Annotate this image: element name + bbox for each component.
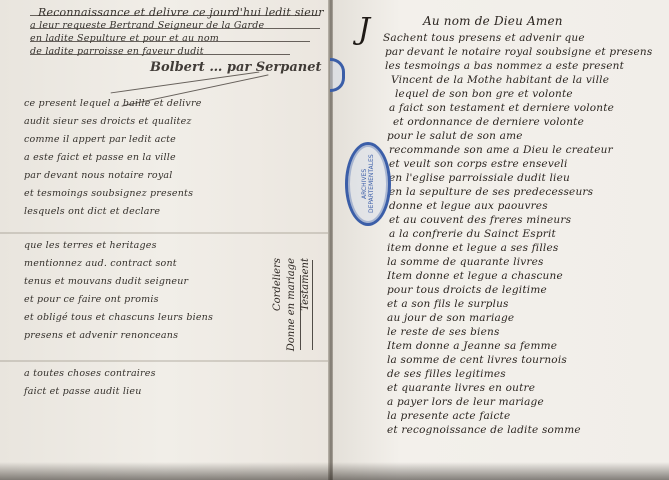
text-line: Vincent de la Mothe habitant de la ville [391, 74, 609, 86]
margin-rule [312, 260, 313, 350]
margin-note: Testament [300, 258, 311, 311]
text-line: la somme de quarante livres [387, 256, 544, 268]
margin-note: Donne en mariage [286, 258, 297, 351]
text-line: Item donne et legue a chascune [387, 270, 563, 282]
text-line: par devant le notaire royal soubsigne et… [385, 46, 652, 58]
text-line: et a son fils le surplus [387, 298, 509, 310]
text-line: Item donne a Jeanne sa femme [387, 340, 557, 352]
fold-line [0, 232, 330, 234]
text-line: Sachent tous presens et advenir que [383, 32, 585, 44]
text-line: et veult son corps estre enseveli [389, 158, 568, 170]
text-line: lequel de son bon gre et volonte [395, 88, 573, 100]
text-line: le reste de ses biens [387, 326, 500, 338]
text-line: mentionnez aud. contract sont [24, 258, 177, 269]
text-line: de ladite parroisse en faveur dudit [30, 46, 204, 57]
text-line: la presente acte faicte [387, 410, 510, 422]
text-line: comme il appert par ledit acte [24, 134, 176, 145]
text-line: et recognoissance de ladite somme [387, 424, 581, 436]
text-line: pour le salut de son ame [387, 130, 523, 142]
text-line: en la sepulture de ses predecesseurs [389, 186, 593, 198]
text-line: et au couvent des freres mineurs [389, 214, 571, 226]
text-line: de ses filles legitimes [387, 368, 506, 380]
text-line: item donne et legue a ses filles [387, 242, 558, 254]
text-line: pour tous droicts de legitime [387, 284, 547, 296]
text-line: a leur requeste Bertrand Seigneur de la … [30, 20, 264, 31]
text-line: faict et passe audit lieu [24, 386, 142, 397]
text-line: lesquels ont dict et declare [24, 206, 160, 217]
signature-scribble: Bolbert … par Serpanet [150, 60, 322, 75]
text-line: ce present lequel a baille et delivre [24, 98, 202, 109]
text-line: audit sieur ses droicts et qualitez [24, 116, 192, 127]
text-line: recommande son ame a Dieu le createur [389, 144, 613, 156]
text-line: et tesmoings soubsignez presents [24, 188, 193, 199]
strikethrough [30, 28, 320, 29]
text-line: a este faict et passe en la ville [24, 152, 176, 163]
margin-rule [300, 275, 301, 350]
text-line: au jour de son mariage [387, 312, 514, 324]
text-line: par devant nous notaire royal [24, 170, 173, 181]
margin-note: Cordeliers [272, 258, 283, 311]
text-line: et pour ce faire ont promis [24, 294, 159, 305]
left-page: Reconnaissance et delivre ce jourd'hui l… [0, 0, 330, 480]
text-line: en l'eglise parroissiale dudit lieu [389, 172, 570, 184]
text-line: donne et legue aux paouvres [389, 200, 548, 212]
text-line: a payer lors de leur mariage [387, 396, 544, 408]
text-line: en ladite Sepulture et pour et au nom [30, 33, 219, 44]
text-line: tenus et mouvans dudit seigneur [24, 276, 188, 287]
strikethrough [30, 41, 310, 42]
archive-stamp: ARCHIVES DEPARTEMENTALES [345, 142, 391, 226]
manuscript-spread: Reconnaissance et delivre ce jourd'hui l… [0, 0, 669, 480]
page-bottom-shadow [0, 462, 669, 480]
strikethrough [30, 15, 320, 16]
text-line: et quarante livres en outre [387, 382, 535, 394]
fold-line [0, 360, 330, 362]
text-line: a toutes choses contraires [24, 368, 156, 379]
text-line: a faict son testament et derniere volont… [389, 102, 614, 114]
text-line: la somme de cent livres tournois [387, 354, 567, 366]
text-line: et obligé tous et chascuns leurs biens [24, 312, 213, 323]
opening-line: Au nom de Dieu Amen [423, 14, 563, 28]
right-page: Au nom de Dieu Amen Sachent tous presens… [333, 0, 669, 480]
text-line: a la confrerie du Sainct Esprit [389, 228, 556, 240]
text-line: et ordonnance de derniere volonte [393, 116, 584, 128]
text-line: les tesmoings a bas nommez a este presen… [385, 60, 624, 72]
text-line: presens et advenir renonceans [24, 330, 178, 341]
strikethrough [30, 54, 290, 55]
decorated-initial: J [358, 12, 370, 47]
text-line: que les terres et heritages [24, 240, 157, 251]
text-line: Reconnaissance et delivre ce jourd'hui l… [38, 6, 324, 19]
